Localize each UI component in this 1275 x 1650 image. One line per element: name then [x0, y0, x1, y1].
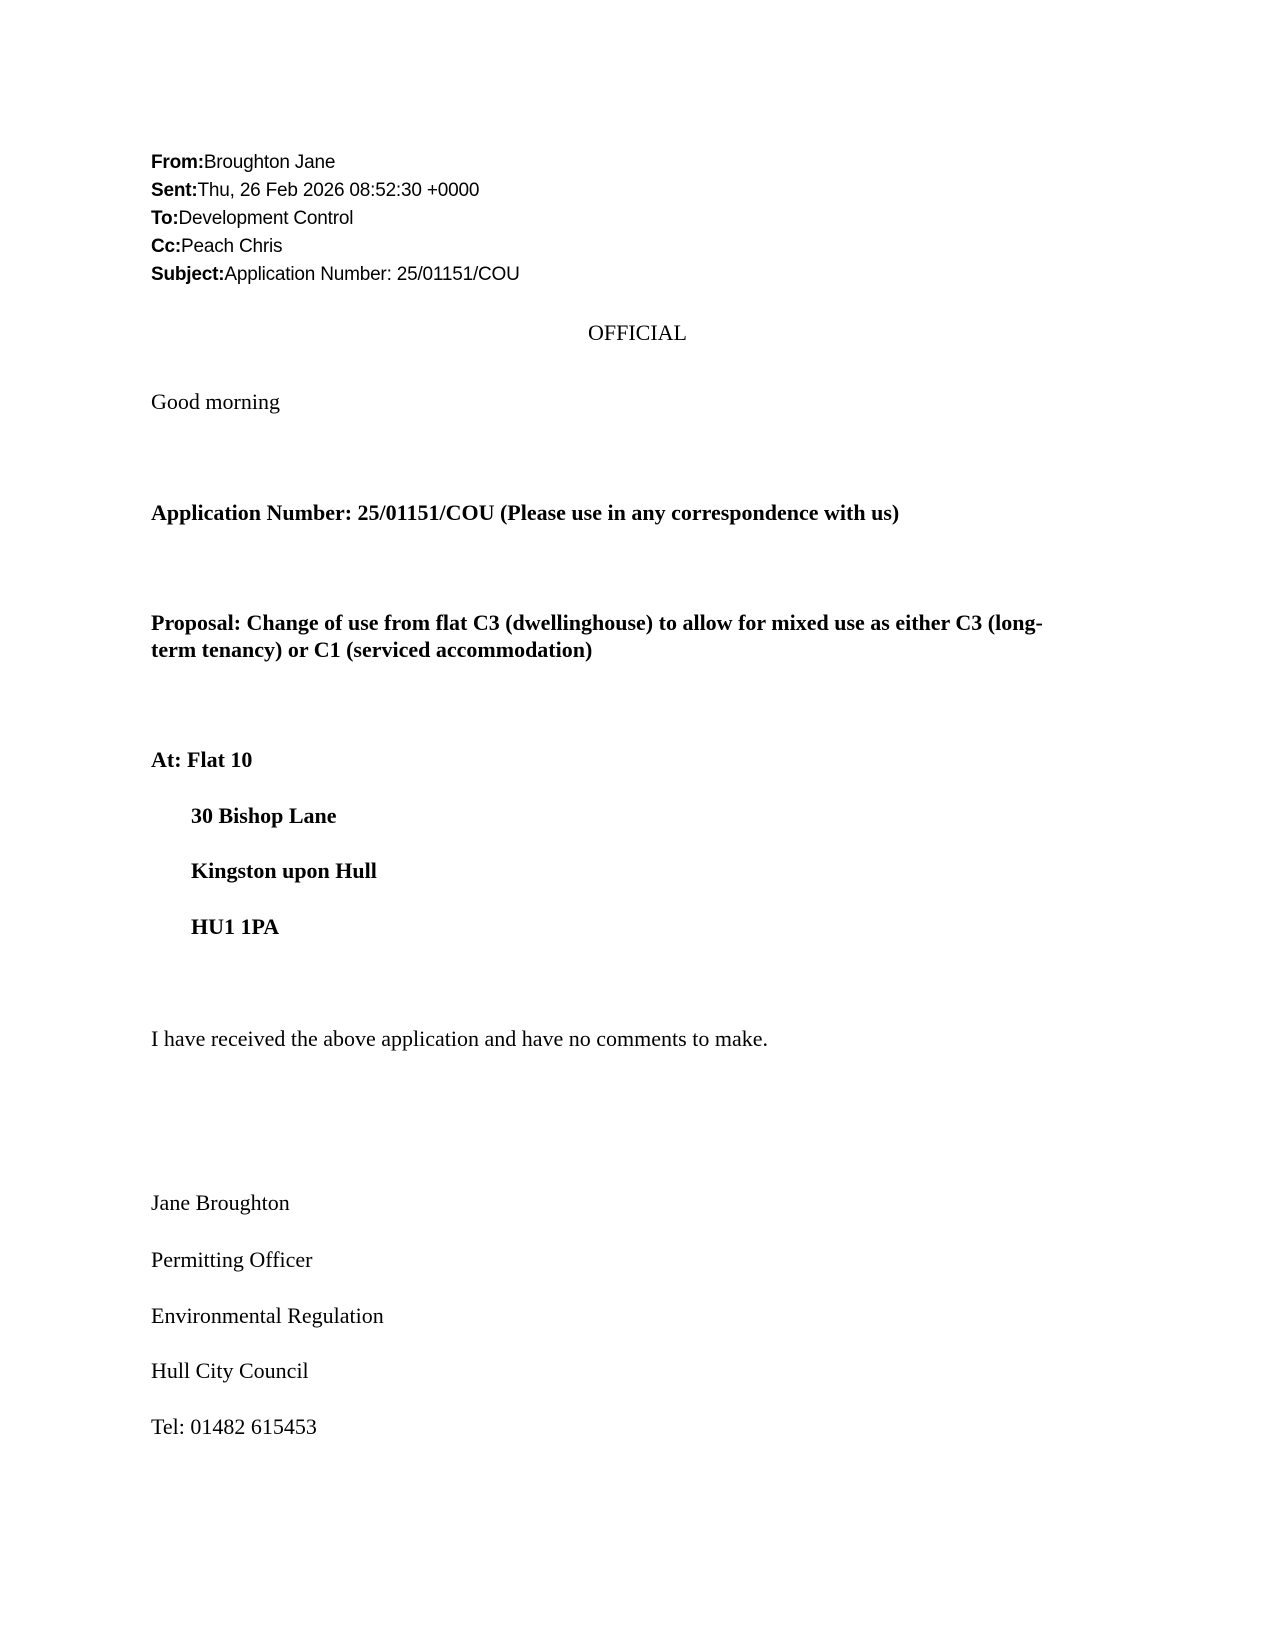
- signature-department: Environmental Regulation: [151, 1303, 384, 1329]
- greeting: Good morning: [151, 389, 280, 415]
- sent-value: Thu, 26 Feb 2026 08:52:30 +0000: [198, 180, 480, 201]
- header-sent: Sent:Thu, 26 Feb 2026 08:52:30 +0000: [151, 177, 479, 205]
- header-cc: Cc:Peach Chris: [151, 233, 282, 261]
- signature-phone: Tel: 01482 615453: [151, 1414, 317, 1440]
- address-line-3: Kingston upon Hull: [191, 858, 377, 884]
- to-label: To:: [151, 208, 179, 229]
- signature-name: Jane Broughton: [151, 1190, 290, 1216]
- comment-text: I have received the above application an…: [151, 1026, 768, 1052]
- subject-value: Application Number: 25/01151/COU: [224, 264, 519, 285]
- signature-title: Permitting Officer: [151, 1247, 313, 1273]
- from-label: From:: [151, 152, 204, 173]
- signature-organisation: Hull City Council: [151, 1358, 309, 1384]
- proposal-line-1: Proposal: Change of use from flat C3 (dw…: [151, 610, 1043, 636]
- from-value: Broughton Jane: [204, 152, 335, 173]
- application-number: Application Number: 25/01151/COU (Please…: [151, 500, 899, 526]
- header-subject: Subject:Application Number: 25/01151/COU: [151, 261, 520, 289]
- cc-label: Cc:: [151, 236, 181, 257]
- address-line-1: At: Flat 10: [151, 747, 252, 773]
- classification-marking: OFFICIAL: [0, 320, 1275, 346]
- sent-label: Sent:: [151, 180, 198, 201]
- document-page: From:Broughton Jane Sent:Thu, 26 Feb 202…: [0, 0, 1275, 1650]
- address-line-2: 30 Bishop Lane: [191, 803, 337, 829]
- to-value: Development Control: [179, 208, 354, 229]
- proposal-line-2: term tenancy) or C1 (serviced accommodat…: [151, 637, 592, 663]
- subject-label: Subject:: [151, 264, 224, 285]
- header-from: From:Broughton Jane: [151, 149, 335, 177]
- cc-value: Peach Chris: [181, 236, 282, 257]
- address-line-4: HU1 1PA: [191, 914, 279, 940]
- header-to: To:Development Control: [151, 205, 353, 233]
